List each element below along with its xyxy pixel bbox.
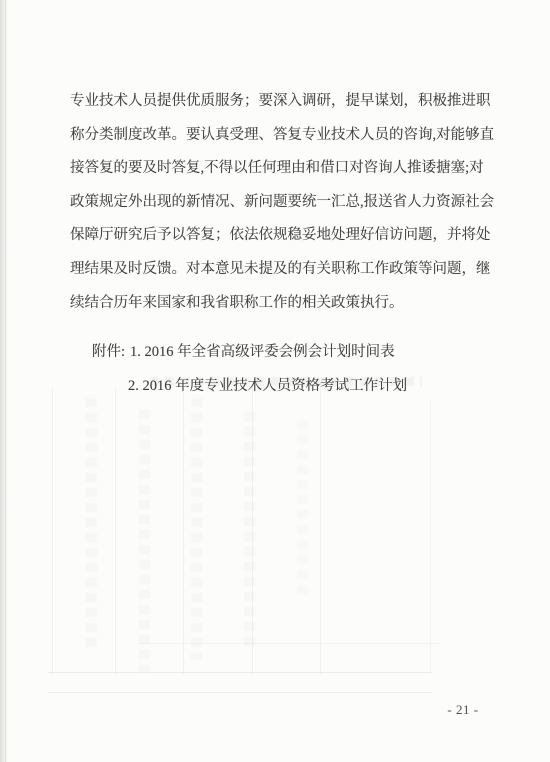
- bleed-through-line: [430, 400, 431, 674]
- bleed-through-line: [52, 388, 53, 674]
- bleed-through-text: [191, 398, 202, 660]
- page-number: - 21 -: [438, 702, 488, 718]
- body-text-line: 专业技术人员提供优质服务；要深入调研，提早谋划，积极推进职: [70, 85, 483, 119]
- body-paragraph: 专业技术人员提供优质服务；要深入调研，提早谋划，积极推进职 称分类制度改革。要认…: [70, 85, 483, 320]
- body-text-line: 称分类制度改革。要认真受理、答复专业技术人员的咨询,对能够直: [70, 119, 483, 153]
- body-text-line: 政策规定外出现的新情况、新问题要统一汇总,报送省人力资源社会: [70, 186, 483, 220]
- bleed-through-line: [252, 388, 253, 674]
- body-text-line: 续结合历年来国家和我省职称工作的相关政策执行。: [70, 287, 483, 321]
- attachments-block: 附件:1. 2016 年全省高级评委会例会计划时间表 2. 2016 年度专业技…: [92, 336, 407, 403]
- bleed-through-line: [140, 643, 440, 644]
- attachment-item: 1. 2016 年全省高级评委会例会计划时间表: [130, 344, 395, 360]
- bleed-through-line: [320, 388, 321, 674]
- bleed-through-line: [183, 388, 184, 674]
- scan-edge-line: [5, 0, 6, 762]
- bleed-through-line: [115, 388, 116, 674]
- bleed-through-text: [86, 398, 97, 653]
- bleed-through-line: [48, 672, 432, 673]
- bleed-through-text: [139, 410, 150, 672]
- bleed-through-text: [297, 420, 308, 600]
- scanned-document-page: 专业技术人员提供优质服务；要深入调研，提早谋划，积极推进职 称分类制度改革。要认…: [0, 0, 550, 762]
- bleed-through-line: [48, 692, 432, 693]
- attachment-line: 2. 2016 年度专业技术人员资格考试工作计划: [128, 370, 407, 404]
- attachment-item: 2. 2016 年度专业技术人员资格考试工作计划: [128, 378, 407, 394]
- attachment-line: 附件:1. 2016 年全省高级评委会例会计划时间表: [92, 336, 407, 370]
- bleed-through-text: [244, 412, 255, 652]
- body-text-line: 保障厅研究后予以答复；依法依规稳妥地处理好信访问题，并将处: [70, 219, 483, 253]
- attachments-label: 附件:: [92, 344, 125, 360]
- body-text-line: 理结果及时反馈。对本意见未提及的有关职称工作政策等问题，继: [70, 253, 483, 287]
- body-text-line: 接答复的要及时答复,不得以任何理由和借口对咨询人推诿搪塞;对: [70, 152, 483, 186]
